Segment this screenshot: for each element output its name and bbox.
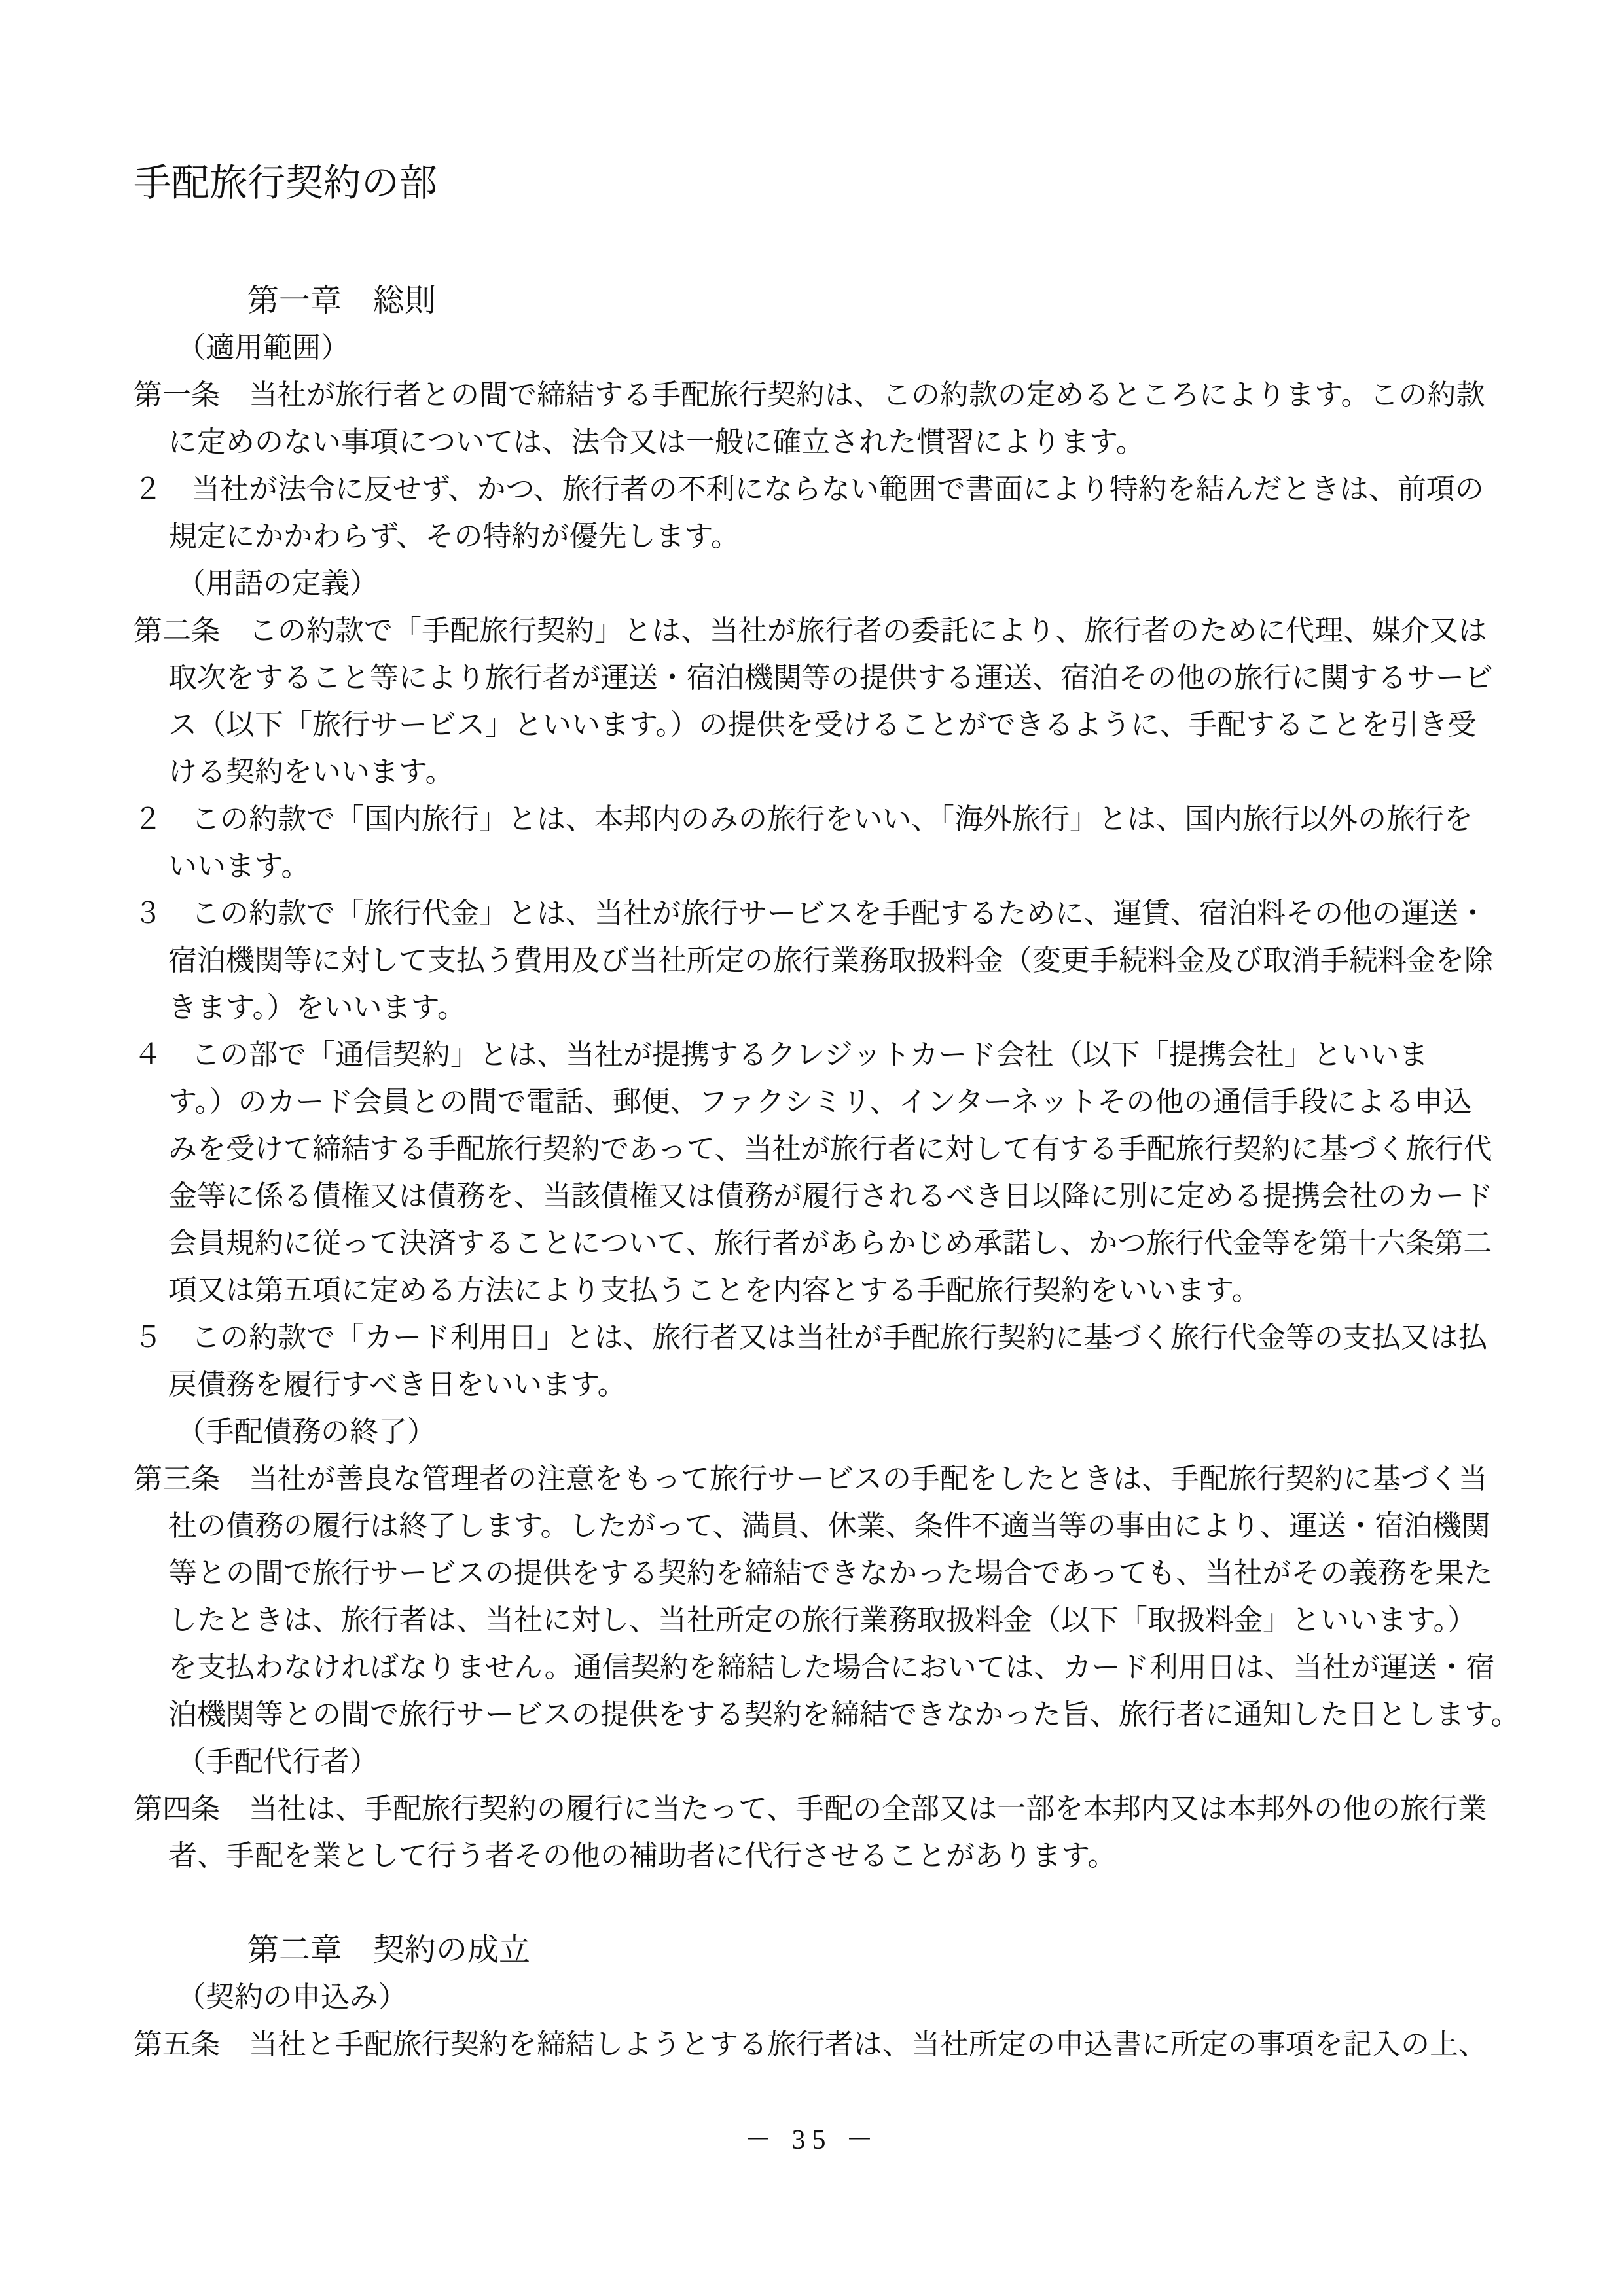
article-continuation-line: す。）のカード会員との間で電話、郵便、ファクシミリ、インターネットその他の通信手… <box>134 1079 1585 1126</box>
article-continuation-line: ける契約をいいます。 <box>134 749 1585 796</box>
article-continuation-line: 泊機関等との間で旅行サービスの提供をする契約を締結できなかった旨、旅行者に通知し… <box>134 1691 1585 1738</box>
article-continuation-line: に定めのない事項については、法令又は一般に確立された慣習によります。 <box>134 419 1585 466</box>
article-continuation-line: 項又は第五項に定める方法により支払うことを内容とする手配旅行契約をいいます。 <box>134 1267 1585 1314</box>
section-label: （用語の定義） <box>134 560 1585 607</box>
document-page: 手配旅行契約の部 第一章 総則（適用範囲）第一条 当社が旅行者との間で締結する手… <box>0 0 1624 2296</box>
article-line: ４ この部で「通信契約」とは、当社が提携するクレジットカード会社（以下「提携会社… <box>134 1031 1585 1079</box>
article-continuation-line: 戻債務を履行すべき日をいいます。 <box>134 1361 1585 1408</box>
article-continuation-line: したときは、旅行者は、当社に対し、当社所定の旅行業務取扱料金（以下「取扱料金」と… <box>134 1597 1585 1644</box>
article-continuation-line: 金等に係る債権又は債務を、当該債権又は債務が履行されるべき日以降に別に定める提携… <box>134 1173 1585 1220</box>
chapter-heading: 第二章 契約の成立 <box>134 1927 1585 1974</box>
article-continuation-line: 社の債務の履行は終了します。したがって、満員、休業、条件不適当等の事由により、運… <box>134 1503 1585 1550</box>
section-label: （手配債務の終了） <box>134 1408 1585 1456</box>
article-continuation-line: 会員規約に従って決済することについて、旅行者があらかじめ承諾し、かつ旅行代金等を… <box>134 1220 1585 1267</box>
article-continuation-line: いいます。 <box>134 843 1585 890</box>
article-line: 第四条 当社は、手配旅行契約の履行に当たって、手配の全部又は一部を本邦内又は本邦… <box>134 1785 1585 1833</box>
article-line: ２ この約款で「国内旅行」とは、本邦内のみの旅行をいい、「海外旅行」とは、国内旅… <box>134 796 1585 843</box>
document-title: 手配旅行契約の部 <box>134 157 437 209</box>
article-line: 第五条 当社と手配旅行契約を締結しようとする旅行者は、当社所定の申込書に所定の事… <box>134 2021 1585 2068</box>
article-continuation-line: きます。）をいいます。 <box>134 984 1585 1031</box>
article-continuation-line: 等との間で旅行サービスの提供をする契約を締結できなかった場合であっても、当社がそ… <box>134 1550 1585 1597</box>
section-label: （手配代行者） <box>134 1738 1585 1785</box>
article-continuation-line: みを受けて締結する手配旅行契約であって、当社が旅行者に対して有する手配旅行契約に… <box>134 1126 1585 1173</box>
article-line: 第三条 当社が善良な管理者の注意をもって旅行サービスの手配をしたときは、手配旅行… <box>134 1456 1585 1503</box>
document-body: 第一章 総則（適用範囲）第一条 当社が旅行者との間で締結する手配旅行契約は、この… <box>134 278 1585 2068</box>
section-label: （契約の申込み） <box>134 1974 1585 2021</box>
article-continuation-line: 宿泊機関等に対して支払う費用及び当社所定の旅行業務取扱料金（変更手続料金及び取消… <box>134 937 1585 984</box>
page-number: － 35 － <box>0 2121 1624 2160</box>
article-continuation-line: を支払わなければなりません。通信契約を締結した場合においては、カード利用日は、当… <box>134 1644 1585 1691</box>
article-line: ２ 当社が法令に反せず、かつ、旅行者の不利にならない範囲で書面により特約を結んだ… <box>134 466 1585 513</box>
article-line: ３ この約款で「旅行代金」とは、当社が旅行サービスを手配するために、運賃、宿泊料… <box>134 890 1585 937</box>
article-continuation-line: 取次をすること等により旅行者が運送・宿泊機関等の提供する運送、宿泊その他の旅行に… <box>134 655 1585 702</box>
article-line: ５ この約款で「カード利用日」とは、旅行者又は当社が手配旅行契約に基づく旅行代金… <box>134 1314 1585 1361</box>
article-line: 第二条 この約款で「手配旅行契約」とは、当社が旅行者の委託により、旅行者のために… <box>134 607 1585 655</box>
article-continuation-line: 者、手配を業として行う者その他の補助者に代行させることがあります。 <box>134 1833 1585 1880</box>
section-label: （適用範囲） <box>134 325 1585 372</box>
article-continuation-line: 規定にかかわらず、その特約が優先します。 <box>134 513 1585 560</box>
article-continuation-line: ス（以下「旅行サービス」といいます。）の提供を受けることができるように、手配する… <box>134 702 1585 749</box>
chapter-heading: 第一章 総則 <box>134 278 1585 325</box>
article-line: 第一条 当社が旅行者との間で締結する手配旅行契約は、この約款の定めるところにより… <box>134 372 1585 419</box>
